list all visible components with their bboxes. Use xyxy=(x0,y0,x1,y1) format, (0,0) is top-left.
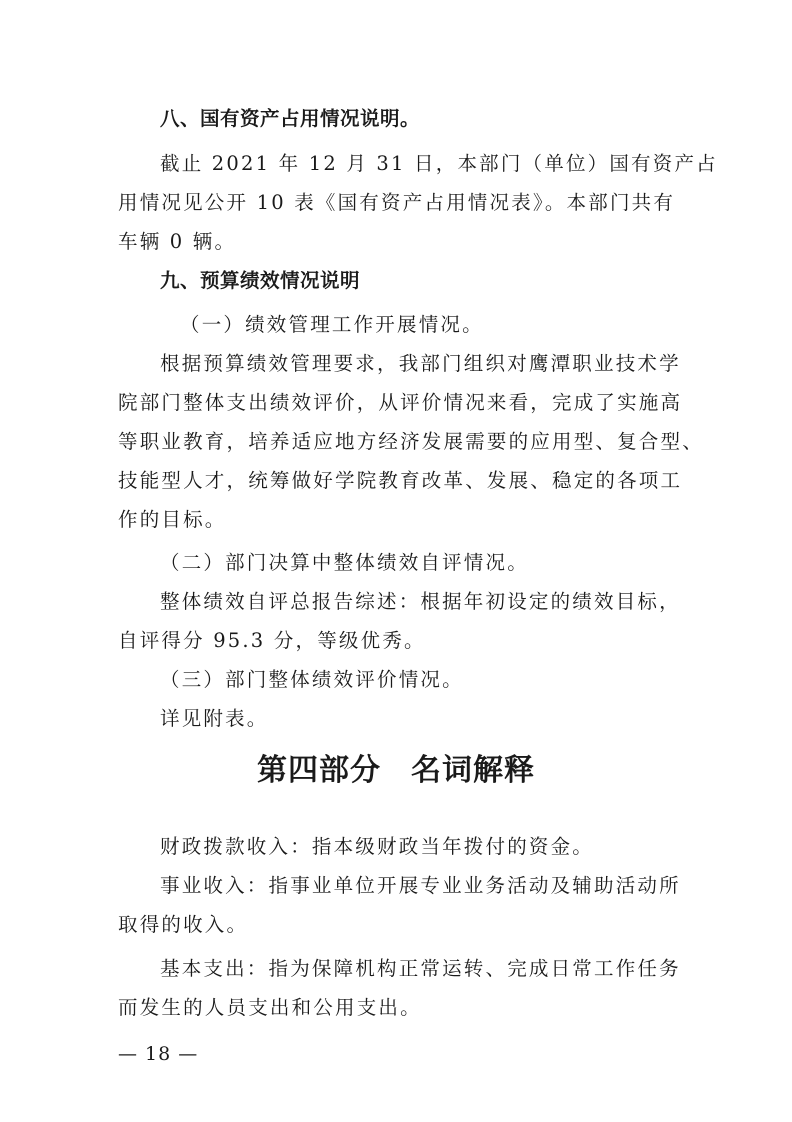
definition-line: 取得的收入。 xyxy=(118,913,680,937)
subsection-1-title: （一）绩效管理工作开展情况。 xyxy=(180,313,742,337)
subsection-2-title: （二）部门决算中整体绩效自评情况。 xyxy=(160,551,722,575)
part-4-title: 第四部分名词解释 xyxy=(0,745,792,789)
definition-line: 基本支出：指为保障机构正常运转、完成日常工作任务 xyxy=(160,957,722,981)
paragraph-line: 车辆 0 辆。 xyxy=(118,230,680,254)
paragraph-line: 等职业教育，培养适应地方经济发展需要的应用型、复合型、 xyxy=(118,430,680,454)
section-8-heading: 八、国有资产占用情况说明。 xyxy=(160,107,722,131)
definition-line: 而发生的人员支出和公用支出。 xyxy=(118,996,680,1020)
section-9-heading: 九、预算绩效情况说明 xyxy=(160,269,722,293)
page-number: — 18 — xyxy=(118,1043,198,1065)
definition-line: 事业收入：指事业单位开展专业业务活动及辅助活动所 xyxy=(160,874,722,898)
paragraph-line: 技能型人才，统筹做好学院教育改革、发展、稳定的各项工 xyxy=(118,469,680,493)
paragraph-line: 院部门整体支出绩效评价，从评价情况来看，完成了实施高 xyxy=(118,391,680,415)
paragraph-line: 自评得分 95.3 分，等级优秀。 xyxy=(118,629,680,653)
paragraph-line: 详见附表。 xyxy=(160,707,722,731)
paragraph-line: 截止 2021 年 12 月 31 日，本部门（单位）国有资产占 xyxy=(160,152,722,176)
definition-line: 财政拨款收入：指本级财政当年拨付的资金。 xyxy=(160,835,722,859)
part-4-title-name: 名词解释 xyxy=(411,753,535,788)
part-4-title-number: 第四部分 xyxy=(257,753,381,788)
paragraph-line: 根据预算绩效管理要求，我部门组织对鹰潭职业技术学 xyxy=(160,352,722,376)
paragraph-line: 作的目标。 xyxy=(118,508,680,532)
subsection-3-title: （三）部门整体绩效评价情况。 xyxy=(160,668,722,692)
paragraph-line: 整体绩效自评总报告综述：根据年初设定的绩效目标， xyxy=(160,590,722,614)
document-page: 八、国有资产占用情况说明。 截止 2021 年 12 月 31 日，本部门（单位… xyxy=(0,0,792,1122)
paragraph-line: 用情况见公开 10 表《国有资产占用情况表》。本部门共有 xyxy=(118,191,680,215)
